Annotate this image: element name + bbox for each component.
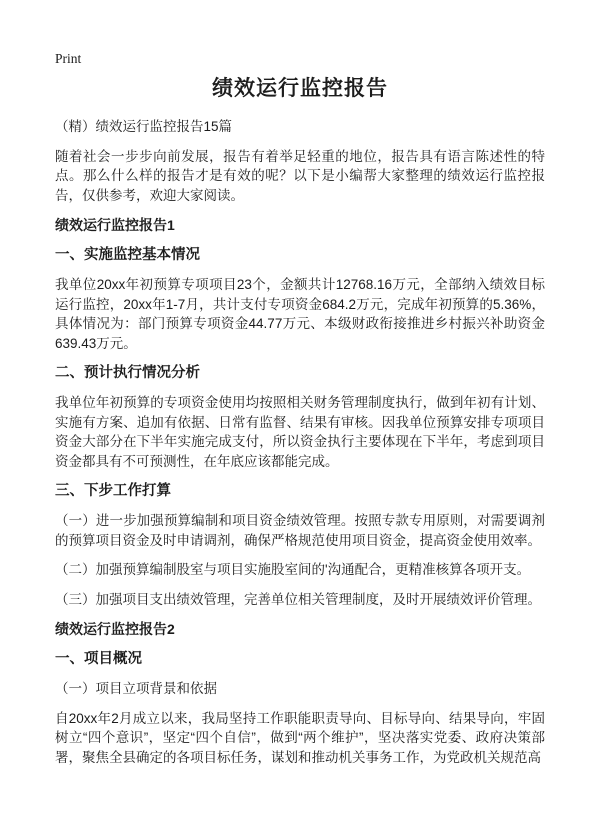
report-1-section-1-paragraph: 我单位20xx年初预算专项项目23个，金额共计12768.16万元，全部纳入绩效…	[55, 275, 545, 353]
report-1-section-3-item-3: （三）加强项目支出绩效管理，完善单位相关管理制度，及时开展绩效评价管理。	[55, 590, 545, 610]
intro-paragraph: 随着社会一步步向前发展，报告有着举足轻重的地位，报告具有语言陈述性的特点。那么什…	[55, 147, 545, 206]
document-title: 绩效运行监控报告	[55, 74, 545, 103]
report-2-section-1-heading: 一、项目概况	[55, 649, 545, 669]
report-2-section-1-paragraph: 自20xx年2月成立以来，我局坚持工作职能职责导向、目标导向、结果导向，牢固树立…	[55, 709, 545, 768]
report-1-heading: 绩效运行监控报告1	[55, 215, 545, 235]
document-page: Print 绩效运行监控报告 （精）绩效运行监控报告15篇 随着社会一步步向前发…	[0, 0, 600, 828]
document-body: 随着社会一步步向前发展，报告有着举足轻重的地位，报告具有语言陈述性的特点。那么什…	[55, 147, 545, 768]
print-button[interactable]: Print	[55, 49, 81, 68]
report-1-section-1-heading: 一、实施监控基本情况	[55, 245, 545, 265]
report-1-section-3-item-1: （一）进一步加强预算编制和项目资金绩效管理。按照专款专用原则，对需要调剂的预算项…	[55, 511, 545, 550]
report-2-heading: 绩效运行监控报告2	[55, 619, 545, 639]
report-2-section-1-subheading: （一）项目立项背景和依据	[55, 679, 545, 699]
report-1-section-2-paragraph: 我单位年初预算的专项资金使用均按照相关财务管理制度执行，做到年初有计划、实施有方…	[55, 393, 545, 471]
report-1-section-2-heading: 二、预计执行情况分析	[55, 363, 545, 383]
report-1-section-3-item-2: （二）加强预算编制股室与项目实施股室间的'沟通配合，更精准核算各项开支。	[55, 560, 545, 580]
report-1-section-3-heading: 三、下步工作打算	[55, 481, 545, 501]
document-subtitle: （精）绩效运行监控报告15篇	[55, 117, 545, 137]
